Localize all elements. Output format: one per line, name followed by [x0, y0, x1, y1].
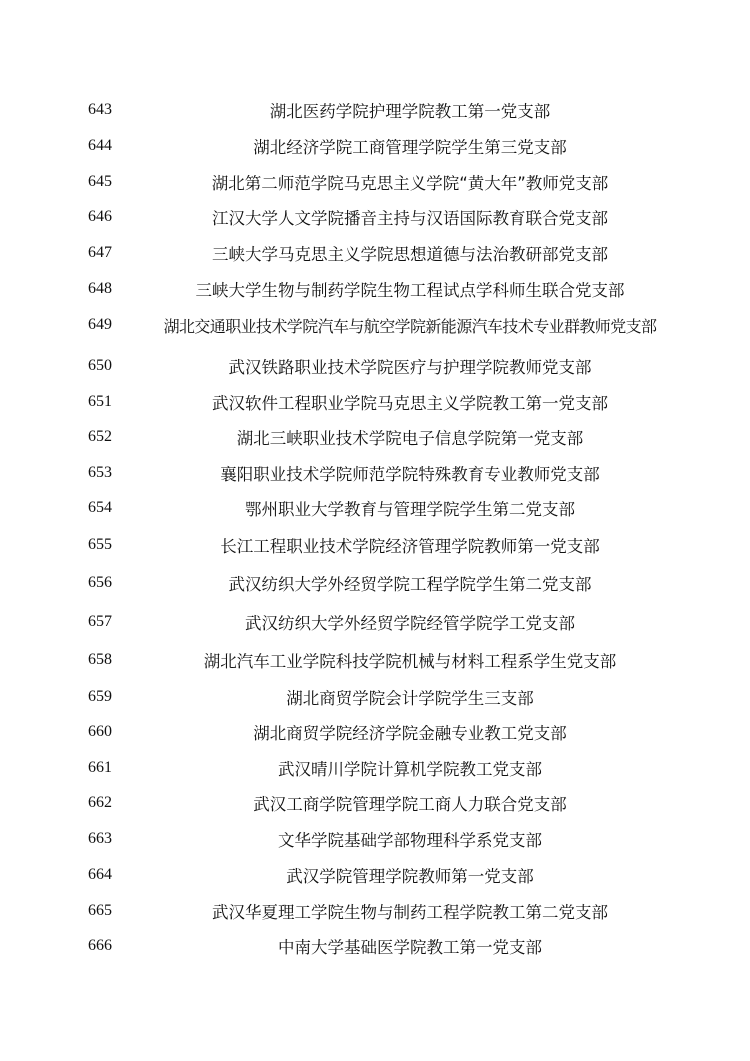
item-number: 655 [88, 530, 112, 560]
item-number: 661 [88, 753, 112, 783]
item-number: 665 [88, 896, 112, 926]
item-number: 654 [88, 493, 112, 523]
item-name: 武汉纺织大学外经贸学院工程学院学生第二党支部 [130, 570, 690, 600]
list-item: 650 武汉铁路职业技术学院医疗与护理学院教师党支部 [0, 351, 750, 381]
item-name: 湖北交通职业技术学院汽车与航空学院新能源汽车技术专业群教师党支部 [130, 312, 690, 342]
list-item: 649 湖北交通职业技术学院汽车与航空学院新能源汽车技术专业群教师党支部 [0, 310, 750, 340]
item-number: 659 [88, 682, 112, 712]
item-number: 650 [88, 351, 112, 381]
item-name: 江汉大学人文学院播音主持与汉语国际教育联合党支部 [130, 204, 690, 234]
item-number: 658 [88, 645, 112, 675]
item-name: 湖北汽车工业学院科技学院机械与材料工程系学生党支部 [130, 647, 690, 677]
item-name: 襄阳职业技术学院师范学院特殊教育专业教师党支部 [130, 460, 690, 490]
item-name: 武汉晴川学院计算机学院教工党支部 [130, 755, 690, 785]
item-name: 长江工程职业技术学院经济管理学院教师第一党支部 [130, 532, 690, 562]
item-name: 鄂州职业大学教育与管理学院学生第二党支部 [130, 495, 690, 525]
item-name: 文华学院基础学部物理科学系党支部 [130, 826, 690, 856]
list-item: 657 武汉纺织大学外经贸学院经管学院学工党支部 [0, 607, 750, 637]
list-item: 656 武汉纺织大学外经贸学院工程学院学生第二党支部 [0, 568, 750, 598]
item-name: 湖北商贸学院经济学院金融专业教工党支部 [130, 719, 690, 749]
item-number: 649 [88, 310, 112, 340]
list-item: 653 襄阳职业技术学院师范学院特殊教育专业教师党支部 [0, 458, 750, 488]
item-number: 648 [88, 274, 112, 304]
item-name: 武汉铁路职业技术学院医疗与护理学院教师党支部 [130, 353, 690, 383]
item-number: 644 [88, 131, 112, 161]
list-item: 647 三峡大学马克思主义学院思想道德与法治教研部党支部 [0, 238, 750, 268]
item-name: 湖北经济学院工商管理学院学生第三党支部 [130, 133, 690, 163]
item-number: 646 [88, 202, 112, 232]
party-branch-list: 643 湖北医药学院护理学院教工第一党支部 644 湖北经济学院工商管理学院学生… [0, 0, 750, 1061]
item-name: 中南大学基础医学院教工第一党支部 [130, 933, 690, 963]
list-item: 664 武汉学院管理学院教师第一党支部 [0, 860, 750, 890]
item-name: 湖北医药学院护理学院教工第一党支部 [130, 97, 690, 127]
item-name: 武汉学院管理学院教师第一党支部 [130, 862, 690, 892]
item-name: 湖北商贸学院会计学院学生三支部 [130, 684, 690, 714]
list-item: 661 武汉晴川学院计算机学院教工党支部 [0, 753, 750, 783]
item-name: 三峡大学马克思主义学院思想道德与法治教研部党支部 [130, 240, 690, 270]
item-number: 653 [88, 458, 112, 488]
item-number: 666 [88, 931, 112, 961]
item-name: 武汉软件工程职业学院马克思主义学院教工第一党支部 [130, 389, 690, 419]
list-item: 660 湖北商贸学院经济学院金融专业教工党支部 [0, 717, 750, 747]
list-item: 658 湖北汽车工业学院科技学院机械与材料工程系学生党支部 [0, 645, 750, 675]
item-number: 664 [88, 860, 112, 890]
item-number: 657 [88, 607, 112, 637]
list-item: 643 湖北医药学院护理学院教工第一党支部 [0, 95, 750, 125]
item-name: 武汉华夏理工学院生物与制药工程学院教工第二党支部 [130, 898, 690, 928]
item-number: 651 [88, 387, 112, 417]
list-item: 651 武汉软件工程职业学院马克思主义学院教工第一党支部 [0, 387, 750, 417]
list-item: 655 长江工程职业技术学院经济管理学院教师第一党支部 [0, 530, 750, 560]
list-item: 663 文华学院基础学部物理科学系党支部 [0, 824, 750, 854]
item-name: 武汉纺织大学外经贸学院经管学院学工党支部 [130, 609, 690, 639]
item-name: 武汉工商学院管理学院工商人力联合党支部 [130, 790, 690, 820]
item-name: 三峡大学生物与制药学院生物工程试点学科师生联合党支部 [130, 276, 690, 306]
item-number: 662 [88, 788, 112, 818]
item-number: 660 [88, 717, 112, 747]
item-number: 647 [88, 238, 112, 268]
list-item: 665 武汉华夏理工学院生物与制药工程学院教工第二党支部 [0, 896, 750, 926]
list-item: 644 湖北经济学院工商管理学院学生第三党支部 [0, 131, 750, 161]
item-name: 湖北三峡职业技术学院电子信息学院第一党支部 [130, 424, 690, 454]
item-name: 湖北第二师范学院马克思主义学院“黄大年”教师党支部 [130, 169, 690, 199]
item-number: 645 [88, 167, 112, 197]
list-item: 646 江汉大学人文学院播音主持与汉语国际教育联合党支部 [0, 202, 750, 232]
list-item: 645 湖北第二师范学院马克思主义学院“黄大年”教师党支部 [0, 167, 750, 197]
list-item: 666 中南大学基础医学院教工第一党支部 [0, 931, 750, 961]
list-item: 662 武汉工商学院管理学院工商人力联合党支部 [0, 788, 750, 818]
list-item: 652 湖北三峡职业技术学院电子信息学院第一党支部 [0, 422, 750, 452]
item-number: 652 [88, 422, 112, 452]
item-number: 656 [88, 568, 112, 598]
list-item: 648 三峡大学生物与制药学院生物工程试点学科师生联合党支部 [0, 274, 750, 304]
item-number: 643 [88, 95, 112, 125]
list-item: 654 鄂州职业大学教育与管理学院学生第二党支部 [0, 493, 750, 523]
list-item: 659 湖北商贸学院会计学院学生三支部 [0, 682, 750, 712]
item-number: 663 [88, 824, 112, 854]
